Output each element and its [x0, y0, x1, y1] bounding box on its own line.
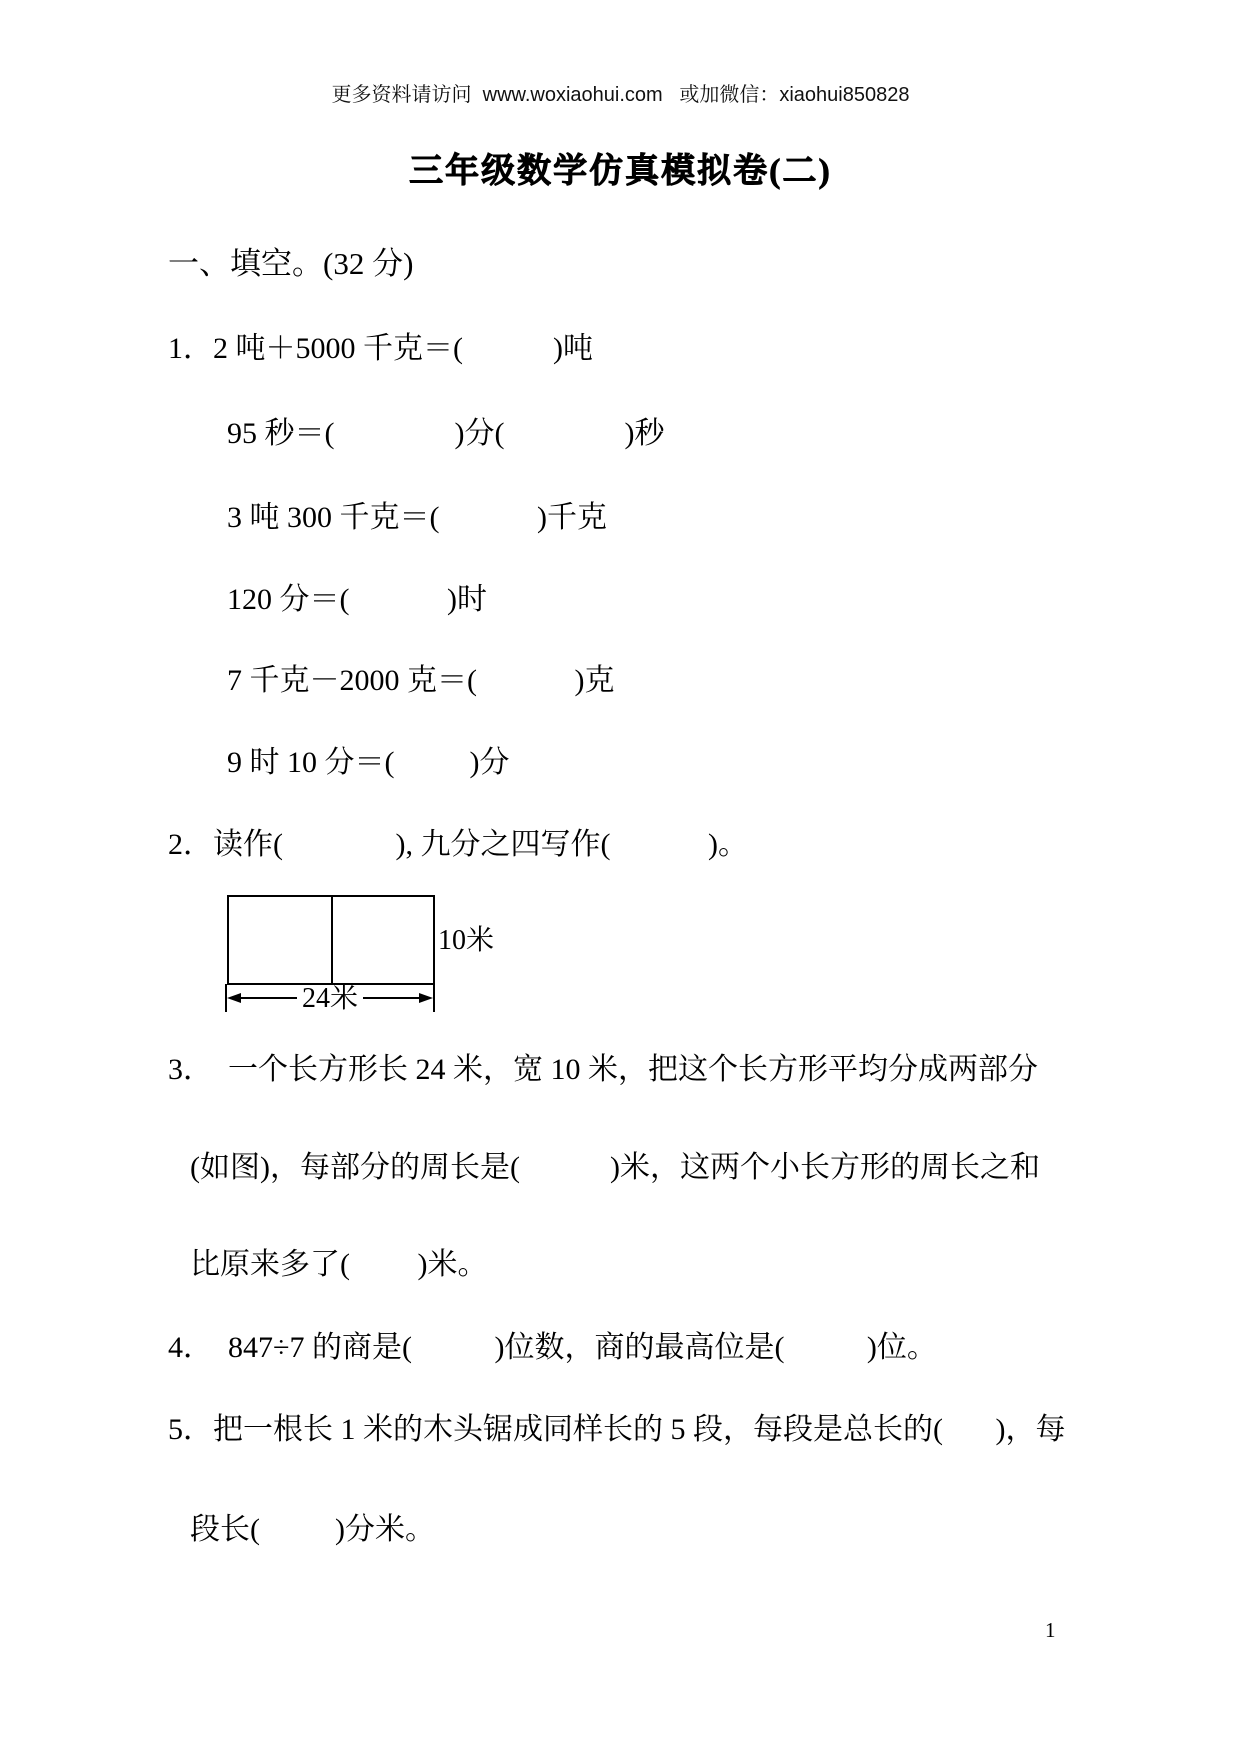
dimension-tick-right: [433, 984, 435, 1012]
question-1-line-4: 120 分＝( )时: [227, 583, 487, 618]
rectangle-divider-line: [331, 897, 333, 983]
question-5-line-2: 段长( )分米。: [190, 1513, 435, 1548]
question-1-line-2: 95 秒＝( )分( )秒: [227, 417, 664, 452]
figure-width-label: 24米: [297, 976, 363, 1016]
arrow-right-icon: [419, 993, 433, 1003]
question-1-line-3: 3 吨 300 千克＝( )千克: [227, 501, 607, 536]
arrow-left-icon: [227, 993, 241, 1003]
promo-header-text: 更多资料请访问 www.woxiaohui.com 或加微信：xiaohui85…: [0, 84, 1241, 107]
question-2-line-1: 2．读作( ), 九分之四写作( )。: [168, 828, 748, 863]
exam-paper-page: 更多资料请访问 www.woxiaohui.com 或加微信：xiaohui85…: [0, 0, 1241, 1754]
dimension-line-right: [363, 997, 419, 999]
question-1-line-1: 1．2 吨＋5000 千克＝( )吨: [168, 332, 593, 367]
page-number: 1: [1045, 1618, 1056, 1642]
page-title: 三年级数学仿真模拟卷(二): [0, 152, 1241, 191]
figure-width-dimension: 24米: [225, 983, 435, 1013]
rectangle-figure: [227, 895, 435, 985]
question-3-line-3: 比原来多了( )米。: [190, 1248, 487, 1283]
question-1-line-6: 9 时 10 分＝( )分: [227, 746, 509, 781]
question-4-line-1: 4． 847÷7 的商是( )位数，商的最高位是( )位。: [168, 1331, 937, 1366]
question-3-line-2: (如图)，每部分的周长是( )米，这两个小长方形的周长之和: [190, 1151, 1040, 1186]
section-1-heading: 一、填空。(32 分): [168, 246, 413, 282]
question-5-line-1: 5．把一根长 1 米的木头锯成同样长的 5 段，每段是总长的( )，每: [168, 1413, 1065, 1448]
question-3-line-1: 3． 一个长方形长 24 米，宽 10 米，把这个长方形平均分成两部分: [168, 1053, 1038, 1088]
dimension-line-left: [241, 997, 297, 999]
question-1-line-5: 7 千克－2000 克＝( )克: [227, 664, 614, 699]
figure-height-label: 10米: [438, 925, 494, 957]
